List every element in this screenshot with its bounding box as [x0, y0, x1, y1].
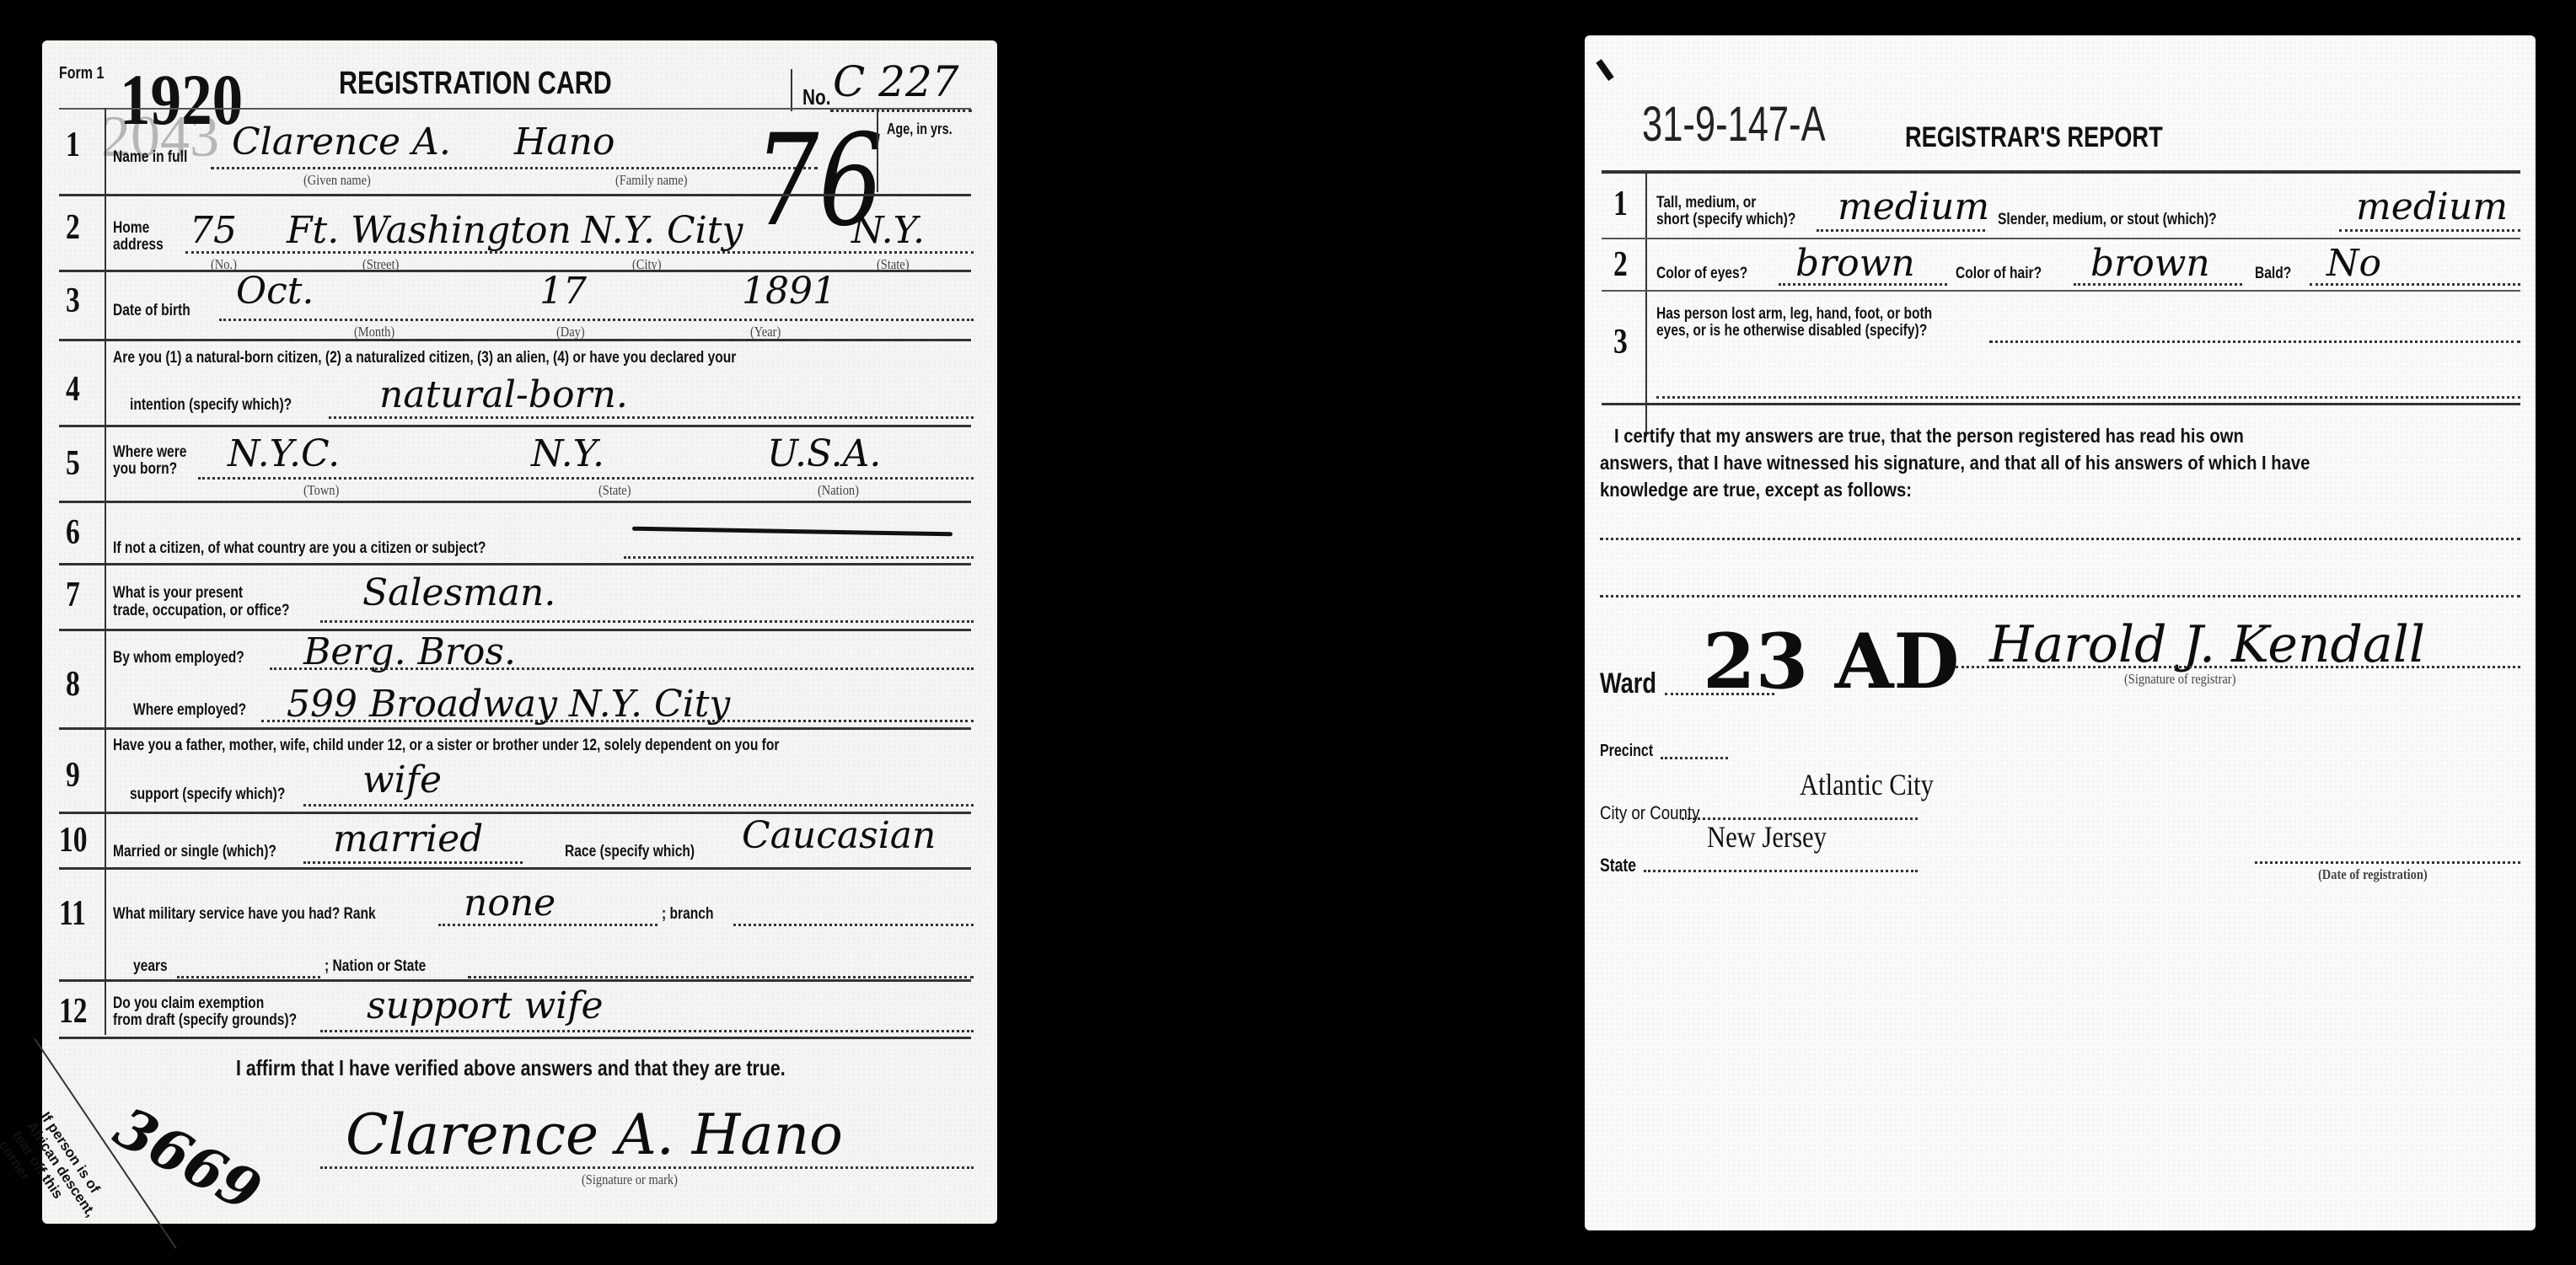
occupation-value: Salesman.: [362, 571, 555, 614]
marital-status-label: Married or single (which)?: [113, 843, 276, 861]
address-city-value: N.Y. City: [582, 209, 743, 252]
nation-state-line: [468, 976, 974, 978]
name-line: [211, 167, 818, 169]
birth-nation-value: U.S.A.: [767, 432, 881, 475]
row-number: 2: [1613, 244, 1628, 285]
signature-line: [320, 1166, 974, 1169]
years-label: years: [133, 957, 168, 976]
row-rule: [59, 867, 971, 870]
margin-number: 3669: [104, 1094, 271, 1225]
citizenship-line: [329, 416, 974, 419]
dob-month-value: Oct.: [236, 270, 314, 313]
row-rule: [59, 727, 971, 730]
card-title: REGISTRATION CARD: [339, 66, 612, 102]
month-caption: (Month): [354, 324, 394, 340]
state-label: State: [1600, 855, 1636, 876]
number-label: No.: [802, 84, 831, 110]
address-state-value: N.Y.: [851, 209, 925, 252]
age-divider: [877, 108, 878, 192]
military-rank-label: What military service have you had? Rank: [113, 905, 376, 924]
address-number-value: 75: [190, 209, 237, 252]
exceptions-line-2: [1600, 595, 2520, 598]
row-number: 1: [1613, 184, 1628, 224]
hair-color-value: brown: [2090, 242, 2210, 285]
row-rule: [59, 425, 971, 427]
dob-line: [219, 319, 974, 321]
exemption-label-2: from draft (specify grounds)?: [113, 1011, 297, 1030]
row-number: 9: [66, 755, 80, 796]
foreign-citizenship-label: If not a citizen, of what country are yo…: [113, 539, 486, 558]
number-column-divider: [1645, 174, 1647, 437]
registration-card: Form 1 2043 1920 REGISTRATION CARD No. C…: [42, 40, 997, 1224]
row-rule: [59, 501, 971, 503]
report-title: REGISTRAR'S REPORT: [1905, 121, 2163, 154]
certify-text-1: I certify that my answers are true, that…: [1614, 425, 2244, 448]
row-number: 12: [59, 991, 88, 1032]
birth-town-value: N.Y.C.: [228, 432, 340, 475]
home-label: Home: [113, 219, 149, 238]
military-rank-value: none: [464, 882, 555, 925]
disability-line-1: [1989, 340, 2520, 343]
employer-label: By whom employed?: [113, 649, 244, 667]
exemption-value: support wife: [367, 984, 604, 1027]
row-rule: [59, 979, 971, 982]
row-number: 3: [1613, 322, 1628, 362]
dependents-value: wife: [362, 758, 442, 801]
build-value: medium: [2356, 185, 2508, 228]
years-line: [177, 976, 320, 978]
birth-state-value: N.Y.: [531, 432, 604, 475]
row-number: 4: [66, 369, 80, 410]
given-name-caption: (Given name): [303, 172, 371, 189]
number-column-divider: [105, 108, 106, 1035]
foreign-citizenship-dash: [632, 527, 953, 537]
certify-text-2: answers, that I have witnessed his signa…: [1600, 452, 2310, 474]
registrant-signature: Clarence A. Hano: [346, 1102, 843, 1167]
nation-state-label: ; Nation or State: [325, 957, 426, 976]
precinct-label: Precinct: [1600, 742, 1653, 761]
precinct-line: [1661, 757, 1728, 759]
date-line: [2255, 861, 2520, 864]
row-number: 7: [66, 575, 80, 615]
eye-color-value: brown: [1795, 242, 1915, 285]
birthplace-line: [198, 477, 974, 480]
rank-line: [438, 924, 657, 926]
where-employed-label: Where employed?: [133, 701, 246, 720]
card-number: C 227: [833, 57, 959, 106]
dob-label: Date of birth: [113, 302, 191, 320]
family-name-caption: (Family name): [615, 172, 687, 189]
citizenship-label: intention (specify which)?: [130, 396, 292, 415]
citizenship-question: Are you (1) a natural-born citizen, (2) …: [113, 349, 736, 367]
form-label: Form 1: [59, 64, 104, 83]
eye-color-label: Color of eyes?: [1656, 265, 1747, 283]
row-number: 3: [66, 281, 80, 321]
bald-line: [2310, 283, 2520, 286]
where-employed-line: [261, 720, 974, 722]
race-value: Caucasian: [742, 814, 936, 857]
row-number: 11: [59, 893, 86, 934]
exemption-label-1: Do you claim exemption: [113, 994, 264, 1013]
race-label: Race (specify which): [565, 843, 695, 861]
eye-color-line: [1779, 283, 1947, 286]
city-value: Atlantic City: [1800, 767, 1934, 802]
nation-caption: (Nation): [818, 482, 859, 499]
disability-label-2: eyes, or is he otherwise disabled (speci…: [1656, 322, 1927, 340]
row-number: 10: [59, 820, 88, 860]
dob-year-value: 1891: [742, 270, 836, 313]
header-rule: [1602, 170, 2520, 174]
registrar-signature-caption: (Signature of registrar): [2124, 671, 2235, 688]
disability-line-2: [1656, 396, 2520, 399]
year-caption: (Year): [750, 324, 781, 340]
row-rule: [1602, 238, 2520, 239]
hair-color-label: Color of hair?: [1956, 265, 2042, 283]
row-number: 1: [66, 125, 80, 165]
row-number: 5: [66, 443, 80, 484]
registrars-report-card: 31-9-147-A REGISTRAR'S REPORT 1 Tall, me…: [1585, 35, 2536, 1230]
branch-label: ; branch: [662, 905, 713, 924]
dependents-line: [303, 804, 974, 807]
occupation-label-1: What is your present: [113, 584, 243, 603]
disability-label-1: Has person lost arm, leg, hand, foot, or…: [1656, 305, 1932, 324]
foreign-citizenship-line: [624, 556, 974, 559]
ward-label: Ward: [1600, 667, 1656, 700]
dependents-question: Have you a father, mother, wife, child u…: [113, 737, 779, 755]
age-label: Age, in yrs.: [887, 121, 953, 138]
state-line: [1644, 870, 1918, 872]
row-rule: [1602, 290, 2520, 292]
affirmation-text: I affirm that I have verified above answ…: [236, 1055, 786, 1081]
row-number: 6: [66, 512, 80, 553]
branch-line: [733, 924, 974, 926]
state-value: New Jersey: [1707, 819, 1827, 855]
birthplace-label-1: Where were: [113, 443, 186, 462]
row-number: 2: [66, 207, 80, 248]
row-rule: [59, 194, 971, 196]
ward-value: 23 AD: [1703, 617, 1959, 706]
family-name-value: Hano: [514, 121, 614, 163]
row-rule: [59, 563, 971, 565]
address-street-value: Ft. Washington: [287, 209, 572, 252]
bald-value: No: [2326, 242, 2381, 285]
height-line: [1817, 229, 1985, 232]
dependents-label: support (specify which)?: [130, 785, 285, 804]
exceptions-line-1: [1600, 538, 2520, 540]
exemption-line: [320, 1030, 974, 1032]
signature-caption: (Signature or mark): [582, 1171, 678, 1188]
row-rule: [59, 339, 971, 341]
given-name-value: Clarence A.: [232, 121, 451, 163]
citizenship-value: natural-born.: [379, 373, 628, 416]
occupation-line: [320, 620, 974, 623]
row-rule: [1602, 403, 2520, 405]
ink-mark: [1596, 59, 1613, 81]
birthplace-label-2: you born?: [113, 460, 177, 479]
height-label-1: Tall, medium, or: [1656, 194, 1756, 212]
date-caption: (Date of registration): [2318, 866, 2428, 883]
serial-stamp: 1920: [120, 57, 243, 142]
address-line: [185, 251, 974, 254]
certify-text-3: knowledge are true, except as follows:: [1600, 479, 1912, 501]
town-caption: (Town): [303, 482, 339, 499]
row-number: 8: [66, 664, 80, 705]
number-divider: [791, 69, 792, 111]
state-caption: (State): [598, 482, 631, 499]
height-value: medium: [1838, 185, 1989, 228]
row-rule: [59, 1037, 971, 1039]
height-label-2: short (specify which)?: [1656, 211, 1795, 229]
card-code: 31-9-147-A: [1642, 96, 1826, 153]
marital-status-value: married: [333, 817, 483, 860]
hair-color-line: [2074, 283, 2242, 286]
city-label: City or County: [1600, 802, 1699, 824]
dob-day-value: 17: [539, 270, 587, 313]
registrar-signature-line: [1956, 666, 2520, 668]
employer-line: [270, 667, 974, 670]
address-label: address: [113, 236, 164, 255]
day-caption: (Day): [556, 324, 585, 340]
bald-label: Bald?: [2255, 265, 2291, 283]
corner-note: If person is of African descent, tear of…: [0, 1109, 121, 1252]
marital-line: [303, 861, 523, 864]
name-label: Name in full: [113, 148, 187, 167]
build-line: [2339, 229, 2520, 232]
occupation-label-2: trade, occupation, or office?: [113, 602, 289, 620]
build-label: Slender, medium, or stout (which)?: [1998, 211, 2217, 229]
